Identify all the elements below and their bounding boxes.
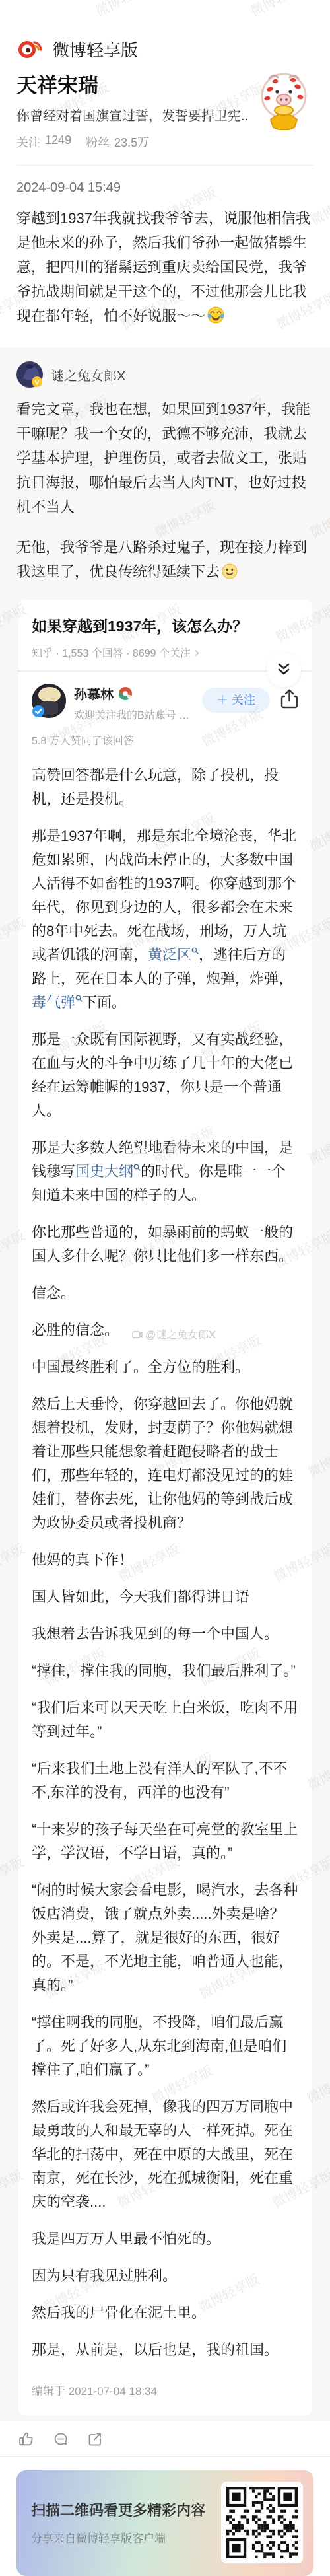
repost-paragraph: 看完文章，我也在想，如果回到1937年，我能干嘛呢？我一个女的，武德不够充沛，我… [16, 397, 313, 519]
repost-author-avatar: V [16, 361, 43, 388]
answer-author-name[interactable]: 孙慕林 [74, 684, 114, 703]
answer-paragraph: “我们后来可以天天吃上白米饭，吃肉不用等到过年。” [32, 1696, 298, 1744]
answer-paragraph: “十来岁的孩子每天坐在可亮堂的教室里上学，学汉语，不学日语，真的。” [32, 1818, 298, 1865]
slight-smile-emoji [222, 562, 238, 587]
weibo-logo-icon [16, 36, 44, 63]
zhihu-answer-card: 如果穿越到1937年，该怎么办？ 知乎 · 1,553 个回答 · 8699 个… [18, 600, 312, 2415]
profile-bio: 你曾经对着国旗宣过誓，发誓要捍卫宪... [16, 105, 247, 124]
double-chevron-down-icon[interactable] [267, 653, 301, 687]
medal-badge-icon [119, 687, 132, 700]
followers-stat: 粉丝23.5万 [86, 133, 149, 151]
app-header: 微博轻享版 [0, 0, 330, 63]
bottom-divider [0, 2456, 330, 2457]
answer-paragraph: 信念。 [32, 1281, 298, 1305]
chevron-right-icon: › [195, 647, 199, 658]
weibo-share-page: 微博轻享版 天祥宋瑞 你曾经对着国旗宣过誓，发誓要捍卫宪... 关注1249 粉… [0, 0, 330, 2576]
svg-text:V: V [34, 379, 40, 387]
answer-paragraph: 高赞回答都是什么玩意，除了投机，投机，还是投机。 [32, 764, 298, 811]
answer-paragraph: 我是四万万人里最不怕死的。 [32, 2227, 298, 2251]
profile-stats: 关注1249 粉丝23.5万 [16, 133, 313, 151]
answer-paragraph: “闲的时候大家会看电影，喝汽水，去各种饭店消费，饿了就点外卖.....外卖是啥？… [32, 1878, 298, 1997]
answer-author-info: 孙慕林 欢迎关注我的B站账号 锦江... [74, 684, 202, 722]
answer-paragraph: 那是1937年啊，那是东北全境沦丧，华北危如累卵，内战尚未停止的，大多数中国人活… [32, 824, 298, 1015]
answer-header: 孙慕林 欢迎关注我的B站账号 锦江... ＋ 关注 [18, 672, 312, 722]
question-meta: 知乎 · 1,553 个回答 · 8699 个关注 › [32, 645, 298, 660]
comment-icon[interactable] [53, 2431, 69, 2447]
following-stat: 关注1249 [16, 133, 71, 151]
entity-link[interactable]: 毒气弹 [32, 994, 82, 1011]
post-timestamp: 2024-09-04 15:49 [0, 166, 330, 196]
answer-paragraph: 我想着去告诉我见到的每一个中国人。 [32, 1622, 298, 1646]
repost-section: V 谜之兔女郎X 看完文章，我也在想，如果回到1937年，我能干嘛呢？我一个女的… [0, 348, 330, 2421]
search-sup-icon [75, 995, 82, 1002]
entity-link[interactable]: 黄泛区 [148, 947, 199, 963]
search-sup-icon [191, 947, 199, 954]
answer-paragraph: 然后上天垂怜，你穿越回去了。你他妈就想着投机，发财，封妻荫子？你他妈就想着让那些… [32, 1392, 298, 1535]
answer-author-bio: 欢迎关注我的B站账号 锦江... [74, 707, 196, 722]
answer-paragraph: 那是一众既有国际视野，又有实战经验，在血与火的斗争中历练了几十年的大佬已经在运筹… [32, 1028, 298, 1123]
question-header[interactable]: 如果穿越到1937年，该怎么办？ 知乎 · 1,553 个回答 · 8699 个… [18, 600, 312, 670]
search-sup-icon [133, 1164, 141, 1171]
answer-paragraph: 然后或许我会死掉，像我的四万万同胞中最勇敢的人和最无辜的人一样死掉。死在华北的扫… [32, 2095, 298, 2214]
answer-paragraph: “撑住，撑住我的同胞，我们最后胜利了。” [32, 1659, 298, 1683]
post-action-bar [0, 2421, 330, 2456]
follow-button[interactable]: ＋ 关注 [202, 688, 270, 713]
laugh-cry-emoji [207, 306, 224, 331]
answer-body: 高赞回答都是什么玩意，除了投机，投机，还是投机。那是1937年啊，那是东北全境沦… [18, 748, 312, 2362]
profile-section: 天祥宋瑞 你曾经对着国旗宣过誓，发誓要捍卫宪... 关注1249 粉丝23.5万 [0, 63, 330, 151]
repost-text: 看完文章，我也在想，如果回到1937年，我能干嘛呢？我一个女的，武德不够充沛，我… [16, 397, 313, 587]
answer-paragraph: 那是，从前是，以后也是，我的祖国。 [32, 2338, 298, 2362]
repost-author-name: 谜之兔女郎X [51, 365, 125, 384]
question-title: 如果穿越到1937年，该怎么办？ [32, 616, 298, 637]
banner-title: 扫描二维码看更多精彩内容 [31, 2499, 205, 2520]
edited-timestamp: 编辑于 2021-07-04 18:34 [18, 2362, 312, 2415]
qr-banner: 扫描二维码看更多精彩内容 分享来自微博轻享版客户端 [16, 2470, 313, 2576]
banner-subtitle: 分享来自微博轻享版客户端 [31, 2529, 205, 2546]
answer-paragraph: 中国最终胜利了。全方位的胜利。 [32, 1355, 298, 1379]
upvote-count: 5.8 万人赞同了该回答 [18, 722, 312, 748]
answer-paragraph: 那是大多数人绝望地看待未来的中国，是钱穆写国史大纲的时代。你是唯一一个知道未来中… [32, 1136, 298, 1207]
entity-link[interactable]: 国史大纲 [75, 1163, 141, 1180]
profile-avatar [252, 67, 315, 130]
repost-paragraph: 无他，我爷爷是八路杀过鬼子，现在接力棒到我这里了，优良传统得延续下去 [16, 535, 313, 587]
forward-icon[interactable] [87, 2431, 103, 2447]
repost-author-row[interactable]: V 谜之兔女郎X [16, 361, 313, 388]
app-name: 微博轻享版 [52, 37, 138, 61]
answer-paragraph: 他妈的真下作！ [32, 1548, 298, 1572]
answer-paragraph: “撑住啊我的同胞，不投降，咱们最后赢了。死了好多人,从东北到海南,但是咱们撑住了… [32, 2011, 298, 2082]
like-icon[interactable] [18, 2431, 34, 2447]
answer-author-avatar[interactable] [32, 684, 66, 718]
answer-paragraph: “后来我们土地上没有洋人的军队了,不不不,东洋的没有，西洋的也没有” [32, 1757, 298, 1805]
answer-paragraph: 然后我的尸骨化在泥土里。 [32, 2301, 298, 2325]
answer-paragraph: 必胜的信念。 [32, 1318, 298, 1342]
qr-code [221, 2482, 303, 2563]
share-icon[interactable] [280, 689, 298, 711]
answer-paragraph: 你比那些普通的，如暴雨前的蚂蚁一般的国人多什么呢？你只比他们多一样东西。 [32, 1221, 298, 1268]
answer-paragraph: 因为只有我见过胜利。 [32, 2264, 298, 2288]
post-text: 穿越到1937年我就找我爷爷去，说服他相信我是他未来的孙子，然后我们爷孙一起做猪… [0, 196, 330, 348]
answer-paragraph: 国人皆如此，今天我们都得讲日语 [32, 1585, 298, 1609]
